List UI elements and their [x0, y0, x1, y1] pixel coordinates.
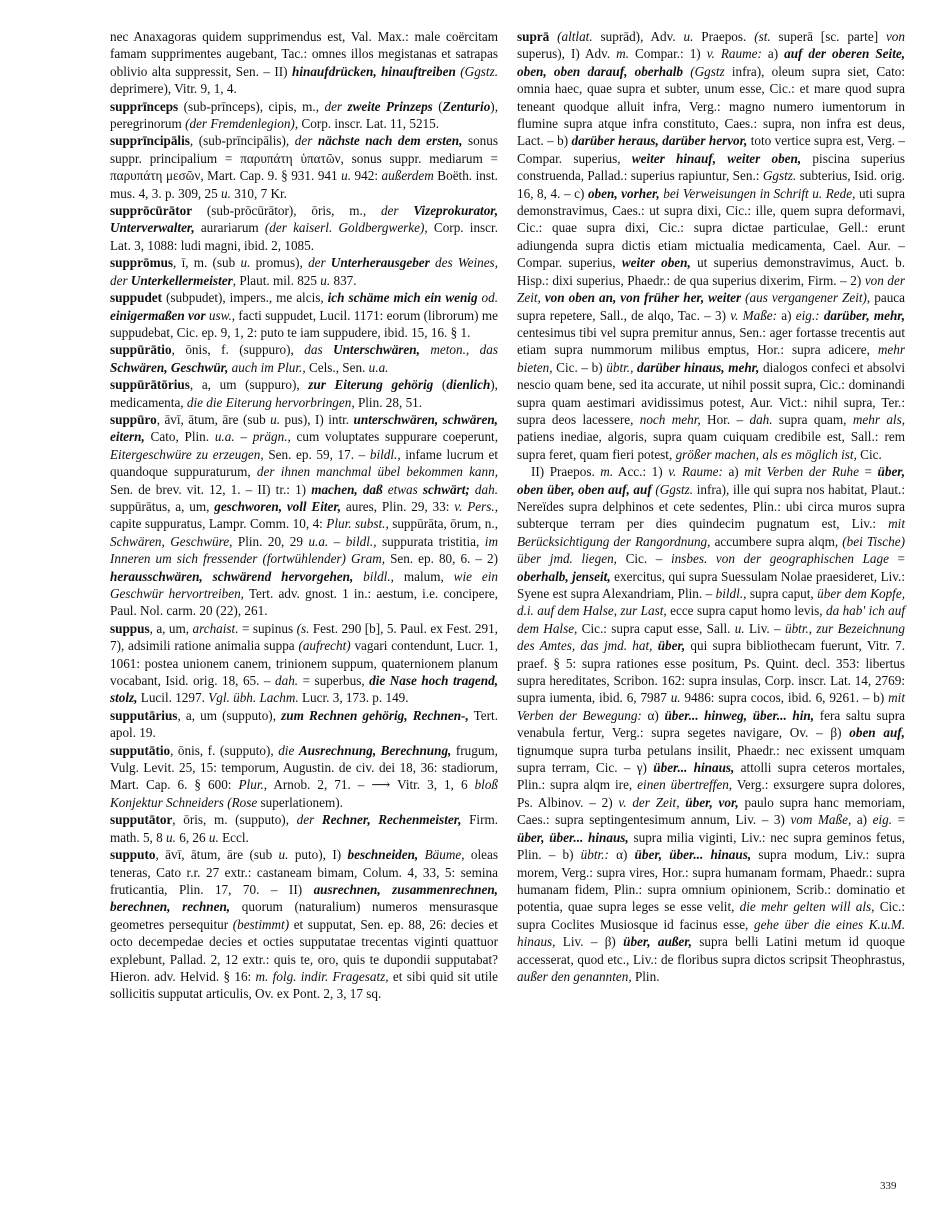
entry-text: supra quam,: [773, 412, 853, 427]
translation-text: zum Rechnen gehörig, Rechnen-,: [281, 708, 469, 723]
entry-text: 942:: [351, 168, 382, 183]
annotation-text: u.a.: [369, 360, 389, 375]
entry-text: (sub-prīnceps), cipis, m.,: [178, 99, 324, 114]
annotation-text: der: [297, 812, 322, 827]
entry-text: capite suppuratus, Lampr. Comm. 10, 4:: [110, 516, 326, 531]
translation-text: Unterkellermeister: [131, 273, 233, 288]
headword: supputārius: [110, 708, 177, 723]
entry-text: centesimus tibi vel supra premitur annus…: [517, 325, 905, 357]
entry-text: Corp. inscr. Lat. 11, 5215.: [298, 116, 439, 131]
entry-text: Cic.: supra caput esse, Sall.: [577, 621, 734, 636]
annotation-text: u.: [209, 830, 219, 845]
entry-text: a): [777, 308, 796, 323]
translation-text: Unterschwären,: [333, 342, 420, 357]
entry-text: , ōnis, f. (supputo),: [170, 743, 278, 758]
headword: supprōmus: [110, 255, 173, 270]
entry-text: (: [433, 377, 446, 392]
translation-text: darüber, mehr,: [824, 308, 905, 323]
entry-text: suppūrātus, a, um,: [110, 499, 214, 514]
annotation-text: dah.: [749, 412, 772, 427]
entry-text: Liv. – β): [555, 934, 623, 949]
entry-text: , (sub-prīncipālis),: [190, 133, 295, 148]
entry-text: 310, 7 Kr.: [231, 186, 287, 201]
entry-text: suprād), Adv.: [593, 29, 684, 44]
annotation-text: mehr als,: [853, 412, 905, 427]
entry-text: =: [859, 464, 878, 479]
entry-text: ecce supra caput homo levis,: [667, 603, 826, 618]
entry-text: Sen. ep. 80, 6. – 2): [385, 551, 498, 566]
headword: supprīncipālis: [110, 133, 190, 148]
entry-text: (: [433, 99, 443, 114]
annotation-text: außer den genannten,: [517, 969, 632, 984]
entry-text: superus), I) Adv.: [517, 46, 616, 61]
translation-text: geschworen, voll Eiter,: [214, 499, 341, 514]
left-column: nec Anaxagoras quidem supprimendus est, …: [110, 28, 498, 1003]
annotation-text: bildl.,: [353, 569, 394, 584]
translation-text: einigermaßen vor: [110, 308, 206, 323]
entry-text: , āvī, ātum, āre (sub: [155, 847, 278, 862]
translation-text: über, über... hinaus,: [635, 847, 752, 862]
annotation-text: u.: [320, 273, 330, 288]
translation-text: weiter hinauf, weiter oben,: [632, 151, 801, 166]
dictionary-entry: II) Praepos. m. Acc.: 1) v. Raume: a) mi…: [517, 463, 905, 985]
entry-text: Cic.: [857, 447, 882, 462]
annotation-text: meton., das: [420, 342, 498, 357]
entry-text: deprimere), Vitr. 9, 1, 4.: [110, 81, 237, 96]
entry-text: , ōnis, f. (suppuro),: [172, 342, 305, 357]
entry-text: , ōris, m. (supputo),: [172, 812, 296, 827]
entry-text: promus),: [250, 255, 308, 270]
annotation-text: (aufrecht): [298, 638, 350, 653]
annotation-text: der ihnen manchmal übel bekommen kann,: [257, 464, 498, 479]
annotation-text: v. Raume:: [668, 464, 723, 479]
annotation-text: u.: [270, 412, 280, 427]
entry-text: II) Praepos.: [531, 464, 600, 479]
entry-text: =: [889, 551, 905, 566]
annotation-text: das: [304, 342, 333, 357]
entry-text: = superbus,: [298, 673, 369, 688]
entry-text: Lucil. 1297.: [137, 690, 208, 705]
translation-text: ich schäme mich ein wenig: [328, 290, 478, 305]
annotation-text: bei Verweisungen in Schrift u. Rede,: [660, 186, 856, 201]
entry-text: Sen. de brev. vit. 12, 1. – II) tr.: 1): [110, 482, 311, 497]
annotation-text: (Ggstz: [683, 64, 725, 79]
entry-text: , Plaut. mil. 825: [233, 273, 321, 288]
entry-text: suppurata tristitia,: [377, 534, 485, 549]
annotation-text: noch mehr,: [640, 412, 701, 427]
dictionary-entry: suppūro, āvī, ātum, āre (sub u. pus), I)…: [110, 411, 498, 620]
dictionary-entry: suppudet (subpudet), impers., me alcis, …: [110, 289, 498, 341]
entry-text: cum voluptates suppurare coeperunt,: [291, 429, 498, 444]
entry-text: =: [892, 812, 905, 827]
entry-text: Praepos.: [693, 29, 754, 44]
annotation-text: u.: [279, 847, 289, 862]
translation-text: darüber hinaus, mehr,: [637, 360, 759, 375]
translation-text: Schwären, Geschwür,: [110, 360, 228, 375]
annotation-text: u.: [671, 690, 681, 705]
headword: supprīnceps: [110, 99, 178, 114]
annotation-text: u.: [221, 186, 231, 201]
entry-text: Cic. –: [617, 551, 671, 566]
translation-text: über,: [658, 638, 685, 653]
annotation-text: eig.: [873, 812, 892, 827]
entry-text: Cels., Sen.: [306, 360, 369, 375]
annotation-text: der: [324, 99, 347, 114]
annotation-text: u.a. – bildl.,: [308, 534, 376, 549]
annotation-text: Eitergeschwüre zu erzeugen,: [110, 447, 264, 462]
entry-text: Cic. – b): [553, 360, 607, 375]
annotation-text: (Ggstz.: [652, 482, 693, 497]
annotation-text: größer machen, als es möglich ist,: [676, 447, 857, 462]
annotation-text: u.: [240, 255, 250, 270]
translation-text: über, über... hinaus,: [517, 830, 629, 845]
translation-text: Rechner, Rechenmeister,: [322, 812, 462, 827]
annotation-text: (der kaiserl. Goldbergwerke),: [265, 220, 428, 235]
annotation-text: die die Eiterung hervorbringen,: [187, 395, 355, 410]
annotation-text: übtr.,: [606, 360, 633, 375]
translation-text: machen, daß: [311, 482, 382, 497]
annotation-text: außerdem: [382, 168, 434, 183]
annotation-text: u.: [684, 29, 694, 44]
entry-text: , a, um (suppuro),: [190, 377, 308, 392]
annotation-text: von: [886, 29, 905, 44]
entry-text: , a, um,: [150, 621, 193, 636]
annotation-text: vom Maße,: [790, 812, 851, 827]
translation-text: zweite Prinzeps: [348, 99, 433, 114]
dictionary-entry: supputārius, a, um (supputo), zum Rechne…: [110, 707, 498, 742]
entry-text: , a, um (supputo),: [177, 708, 281, 723]
page-number: 339: [880, 1180, 897, 1192]
annotation-text: usw.,: [206, 308, 235, 323]
translation-text: Unterherausgeber: [331, 255, 430, 270]
dictionary-entry: supputātor, ōris, m. (supputo), der Rech…: [110, 811, 498, 846]
entry-text: 6, 26: [176, 830, 209, 845]
annotation-text: die: [278, 743, 299, 758]
entry-text: Hor. –: [701, 412, 750, 427]
annotation-text: mit Verben der Ruhe: [744, 464, 859, 479]
translation-text: weiter oben,: [622, 255, 691, 270]
dictionary-entry: nec Anaxagoras quidem supprimendus est, …: [110, 28, 498, 98]
headword: supputātio: [110, 743, 170, 758]
translation-text: darüber heraus, darüber hervor,: [572, 133, 748, 148]
translation-text: nächste nach dem ersten,: [318, 133, 463, 148]
entry-text: Acc.: 1): [613, 464, 668, 479]
dictionary-entry: suppus, a, um, archaist. = supinus (s. F…: [110, 620, 498, 707]
annotation-text: u.: [166, 830, 176, 845]
entry-text: accumbere supra alqm,: [710, 534, 842, 549]
entry-text: Plin. 28, 51.: [355, 395, 422, 410]
annotation-text: (bestimmt): [233, 917, 289, 932]
translation-text: Zenturio: [443, 99, 491, 114]
annotation-text: Plur.,: [239, 777, 268, 792]
annotation-text: insbes. von der geographischen Lage: [671, 551, 889, 566]
dictionary-page: nec Anaxagoras quidem supprimendus est, …: [0, 0, 935, 1210]
dictionary-entry: supprōcūrātor (sub-prōcūrātor), ōris, m.…: [110, 202, 498, 254]
entry-text: Cato, Plin.: [145, 429, 215, 444]
annotation-text: u.: [735, 621, 745, 636]
dictionary-entry: supputātio, ōnis, f. (supputo), die Ausr…: [110, 742, 498, 812]
annotation-text: Ggstz.: [763, 168, 796, 183]
dictionary-entry: supputo, āvī, ātum, āre (sub u. puto), I…: [110, 846, 498, 1003]
annotation-text: auch im Plur.,: [228, 360, 305, 375]
annotation-text: u.a. – prägn.,: [215, 429, 291, 444]
annotation-text: m.: [616, 46, 629, 61]
annotation-text: Schwären, Geschwüre,: [110, 534, 232, 549]
headword: suppūro: [110, 412, 157, 427]
annotation-text: u.: [341, 168, 351, 183]
dictionary-entry: suppūrātio, ōnis, f. (suppuro), das Unte…: [110, 341, 498, 376]
translation-text: über, vor,: [685, 795, 738, 810]
entry-text: suppūrāta, ōrum, n.,: [389, 516, 498, 531]
translation-text: oben auf,: [849, 725, 905, 740]
dictionary-entry: supprīncipālis, (sub-prīncipālis), der n…: [110, 132, 498, 202]
entry-text: a): [762, 46, 784, 61]
headword: supputātor: [110, 812, 172, 827]
translation-text: schwärt;: [423, 482, 470, 497]
headword: supputo: [110, 847, 155, 862]
headword: suppūrātōrius: [110, 377, 190, 392]
annotation-text: bildl.,: [716, 586, 747, 601]
entry-text: (sub-prōcūrātor), ōris, m.,: [192, 203, 381, 218]
translation-text: dienlich: [446, 377, 490, 392]
entry-text: a): [851, 812, 872, 827]
headword: suppudet: [110, 290, 162, 305]
annotation-text: v. Raume:: [707, 46, 762, 61]
annotation-text: Bäume,: [418, 847, 464, 862]
translation-text: von oben an, von früher her, weiter: [545, 290, 741, 305]
annotation-text: dah.: [470, 482, 498, 497]
entry-text: = supinus: [239, 621, 297, 636]
annotation-text: (altlat.: [549, 29, 592, 44]
dictionary-entry: suprā (altlat. suprād), Adv. u. Praepos.…: [517, 28, 905, 463]
annotation-text: der: [295, 133, 318, 148]
annotation-text: archaist.: [192, 621, 238, 636]
entry-text: (subpudet), impers., me alcis,: [162, 290, 328, 305]
headword: suppus: [110, 621, 150, 636]
annotation-text: dah.: [275, 673, 298, 688]
entry-text: Eccl.: [219, 830, 249, 845]
entry-text: supra caput,: [746, 586, 817, 601]
annotation-text: Vgl. übh. Lachm.: [208, 690, 298, 705]
annotation-text: m. folg. indir. Fragesatz,: [256, 969, 389, 984]
annotation-text: Plur. subst.,: [326, 516, 388, 531]
translation-text: hinaufdrücken, hinauftreiben: [292, 64, 456, 79]
annotation-text: der: [308, 255, 331, 270]
headword: suppūrātio: [110, 342, 172, 357]
dictionary-entry: supprīnceps (sub-prīnceps), cipis, m., d…: [110, 98, 498, 133]
translation-text: zur Eiterung gehörig: [308, 377, 433, 392]
dictionary-entry: supprōmus, ī, m. (sub u. promus), der Un…: [110, 254, 498, 289]
annotation-text: einen übertreffen,: [637, 777, 732, 792]
entry-text: , ī, m. (sub: [173, 255, 240, 270]
annotation-text: v. Pers.,: [454, 499, 498, 514]
translation-text: herausschwären, schwärend hervorgehen,: [110, 569, 353, 584]
annotation-text: etwas: [383, 482, 423, 497]
entry-text: α): [609, 847, 635, 862]
annotation-text: od.: [478, 290, 498, 305]
entry-text: 9486: supra cocos, ibid. 6, 9261. – b): [681, 690, 889, 705]
entry-text: Lucr. 3, 173. p. 149.: [299, 690, 409, 705]
headword: suprā: [517, 29, 549, 44]
translation-text: oben, vorher,: [588, 186, 660, 201]
annotation-text: (der Fremdenlegion),: [185, 116, 298, 131]
annotation-text: (aus vergangener Zeit),: [741, 290, 870, 305]
annotation-text: (s.: [297, 621, 310, 636]
entry-text: Plin. 20, 29: [232, 534, 308, 549]
entry-text: Plin.: [632, 969, 660, 984]
dictionary-entry: suppūrātōrius, a, um (suppuro), zur Eite…: [110, 376, 498, 411]
annotation-text: bildl.,: [370, 447, 401, 462]
translation-text: beschneiden,: [348, 847, 419, 862]
entry-text: malum,: [394, 569, 454, 584]
entry-text: 837.: [330, 273, 356, 288]
translation-text: über... hinweg, über... hin,: [664, 708, 814, 723]
translation-text: über, außer,: [623, 934, 692, 949]
entry-text: pus), I) intr.: [280, 412, 354, 427]
annotation-text: v. Maße:: [730, 308, 777, 323]
annotation-text: der: [381, 203, 413, 218]
entry-text: Sen. ep. 59, 17. –: [264, 447, 370, 462]
entry-text: superā [sc. parte]: [771, 29, 886, 44]
entry-text: puto), I): [288, 847, 347, 862]
translation-text: Ausrechnung, Berechnung,: [299, 743, 452, 758]
annotation-text: übtr.:: [581, 847, 609, 862]
entry-text: α): [642, 708, 665, 723]
entry-text: Arnob. 2, 71. – ⟶ Vitr. 3, 1, 6: [267, 777, 474, 792]
annotation-text: (Ggstz.: [456, 64, 498, 79]
entry-text: superlationem).: [257, 795, 343, 810]
annotation-text: (st.: [754, 29, 770, 44]
headword: supprōcūrātor: [110, 203, 192, 218]
annotation-text: eig.:: [796, 308, 820, 323]
entry-text: Liv. –: [745, 621, 785, 636]
entry-text: a): [723, 464, 744, 479]
entry-text: aurariarum: [195, 220, 265, 235]
entry-text: Compar.: 1): [629, 46, 707, 61]
translation-text: oberhalb, jenseit,: [517, 569, 611, 584]
entry-text: aures, Plin. 29, 33:: [341, 499, 454, 514]
translation-text: über... hinaus,: [653, 760, 734, 775]
right-column: suprā (altlat. suprād), Adv. u. Praepos.…: [517, 28, 905, 985]
entry-text: , āvī, ātum, āre (sub: [157, 412, 270, 427]
annotation-text: v. der Zeit,: [618, 795, 679, 810]
annotation-text: m.: [600, 464, 613, 479]
annotation-text: die mehr gelten will als,: [740, 899, 875, 914]
